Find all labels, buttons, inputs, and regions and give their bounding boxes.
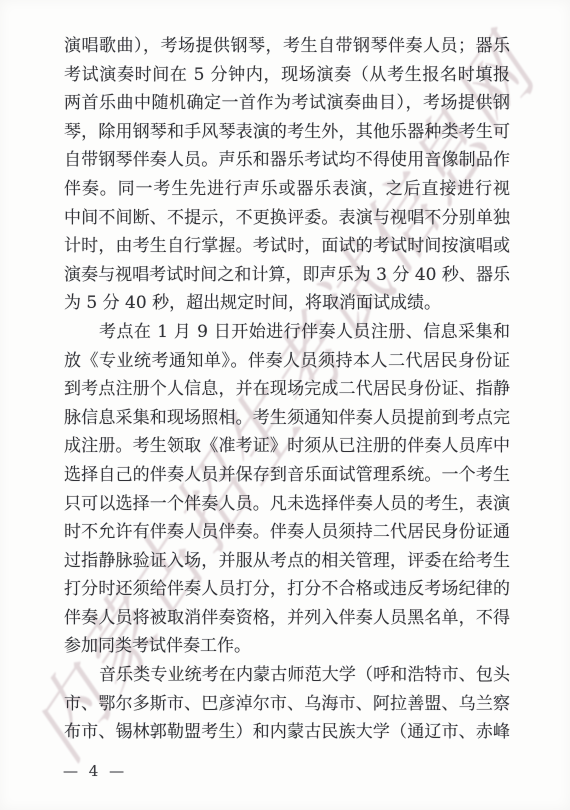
text-line: 放《专业统考通知单》。伴奏人员须持本人二代居民身份证: [64, 347, 510, 376]
text-line: 考试演奏时间在 5 分钟内，现场演奏（从考生报名时填报的: [64, 61, 510, 90]
text-line: 自带钢琴伴奏人员。声乐和器乐考试均不得使用音像制品作: [64, 146, 510, 175]
text-line: 布市、锡林郭勒盟考生）和内蒙古民族大学（通辽市、赤峰: [64, 718, 510, 747]
text-line: 过指静脉验证入场，并服从考点的相关管理，评委在给考生: [64, 547, 510, 576]
text-line: 伴奏人员将被取消伴奏资格，并列入伴奏人员黑名单，不得: [64, 604, 510, 633]
text-line: 只可以选择一个伴奏人员。凡未选择伴奏人员的考生，表演: [64, 490, 510, 519]
text-line: 脉信息采集和现场照相。考生须通知伴奏人员提前到考点完: [64, 404, 510, 433]
text-line: 选择自己的伴奏人员并保存到音乐面试管理系统。一个考生: [64, 461, 510, 490]
text-line: 音乐类专业统考在内蒙古师范大学（呼和浩特市、包头: [64, 661, 510, 690]
text-line: 演唱歌曲），考场提供钢琴，考生自带钢琴伴奏人员；器乐: [64, 32, 510, 61]
text-line: 到考点注册个人信息，并在现场完成二代居民身份证、指静: [64, 375, 510, 404]
text-line: 市、鄂尔多斯市、巴彦淖尔市、乌海市、阿拉善盟、乌兰察: [64, 690, 510, 719]
text-line: 成注册。考生领取《准考证》时须从已注册的伴奏人员库中: [64, 432, 510, 461]
text-line: 计时，由考生自行掌握。考试时，面试的考试时间按演唱或: [64, 232, 510, 261]
text-line: 中间不间断、不提示，不更换评委。表演与视唱不分别单独: [64, 204, 510, 233]
page-number: — 4 —: [63, 762, 127, 780]
text-line: 打分时还须给伴奏人员打分，打分不合格或违反考场纪律的: [64, 575, 510, 604]
document-body: 演唱歌曲），考场提供钢琴，考生自带钢琴伴奏人员；器乐 考试演奏时间在 5 分钟内…: [64, 32, 510, 747]
document-page: 内蒙古招生考试信息网 演唱歌曲），考场提供钢琴，考生自带钢琴伴奏人员；器乐 考试…: [0, 0, 570, 810]
text-line: 为 5 分 40 秒，超出规定时间，将取消面试成绩。: [64, 289, 510, 318]
text-line: 参加同类考试伴奏工作。: [64, 632, 510, 661]
text-line: 演奏与视唱考试时间之和计算，即声乐为 3 分 40 秒、器乐: [64, 261, 510, 290]
text-line: 时不允许有伴奏人员伴奏。伴奏人员须持二代居民身份证通: [64, 518, 510, 547]
text-line: 伴奏。同一考生先进行声乐或器乐表演，之后直接进行视唱，: [64, 175, 510, 204]
text-line: 两首乐曲中随机确定一首作为考试演奏曲目），考场提供钢: [64, 89, 510, 118]
text-line: 琴，除用钢琴和手风琴表演的考生外，其他乐器种类考生可: [64, 118, 510, 147]
text-line: 考点在 1 月 9 日开始进行伴奏人员注册、信息采集和发: [64, 318, 510, 347]
